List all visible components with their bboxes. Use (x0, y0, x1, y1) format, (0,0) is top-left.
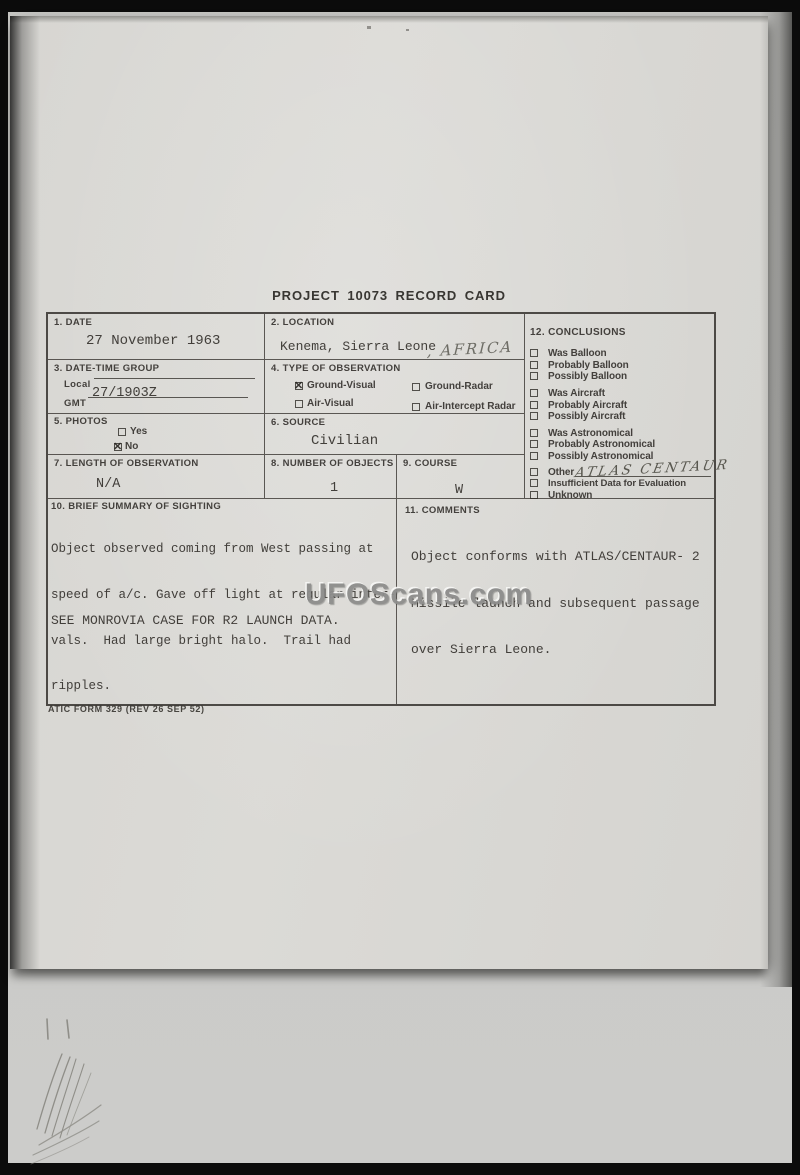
field-label: 12. CONCLUSIONS (530, 327, 626, 338)
option-yes: Yes (130, 426, 147, 437)
pencil-scribbles (23, 1007, 133, 1172)
field-type-of-observation: 4. TYPE OF OBSERVATION Ground-Visual Gro… (265, 360, 525, 414)
checkbox-air-intercept-radar-icon (412, 403, 420, 411)
field-label: 9. COURSE (403, 458, 457, 469)
handwritten-africa: , AFRICA (427, 338, 514, 361)
checkbox-icon (530, 440, 538, 448)
field-value: Civilian (311, 433, 378, 449)
conclusion-option: Was Balloon (525, 348, 714, 360)
checkbox-icon (530, 389, 538, 397)
local-blank-line (94, 378, 255, 379)
checkbox-icon (530, 401, 538, 409)
field-label: 11. COMMENTS (405, 505, 480, 516)
paper-speck (406, 29, 409, 31)
field-value: N/A (96, 477, 120, 492)
page-title: PROJECT 10073 RECORD CARD (10, 288, 768, 303)
record-card-table: 1. DATE 27 November 1963 2. LOCATION Ken… (46, 312, 716, 706)
checkbox-ground-radar-icon (412, 383, 420, 391)
field-date-time-group: 3. DATE-TIME GROUP Local GMT 27/1903Z (48, 360, 265, 414)
field-label: 8. NUMBER OF OBJECTS (271, 458, 394, 469)
gmt-value: 27/1903Z (92, 386, 157, 401)
conclusion-option: Was Aircraft (525, 388, 714, 400)
field-value: Kenema, Sierra Leone (280, 339, 436, 354)
conclusion-option-other: Other ATLAS CENTAUR (525, 467, 714, 479)
summary-note: SEE MONROVIA CASE FOR R2 LAUNCH DATA. (51, 613, 340, 628)
checkbox-icon (530, 468, 538, 476)
checkbox-icon (530, 372, 538, 380)
field-label: 4. TYPE OF OBSERVATION (271, 363, 401, 374)
field-label: 7. LENGTH OF OBSERVATION (54, 458, 199, 469)
conclusion-option: Possibly Aircraft (525, 411, 714, 423)
field-label: 10. BRIEF SUMMARY OF SIGHTING (51, 501, 221, 512)
field-label: 5. PHOTOS (54, 416, 108, 427)
watermark: UFOScans.com (305, 578, 533, 612)
field-course: 9. COURSE W (397, 455, 525, 499)
field-length-of-observation: 7. LENGTH OF OBSERVATION N/A (48, 455, 265, 499)
checkbox-icon (530, 361, 538, 369)
field-value: W (455, 483, 463, 498)
checkbox-icon (530, 452, 538, 460)
field-value: 1 (330, 481, 338, 496)
field-conclusions: 12. CONCLUSIONS Was Balloon Probably Bal… (525, 314, 714, 499)
checkbox-yes-icon (118, 428, 126, 436)
field-label: 6. SOURCE (271, 417, 325, 428)
field-source: 6. SOURCE Civilian (265, 414, 525, 455)
option-ground-visual: Ground-Visual (307, 380, 376, 391)
field-number-of-objects: 8. NUMBER OF OBJECTS 1 (265, 455, 397, 499)
option-air-intercept-radar: Air-Intercept Radar (425, 401, 516, 412)
conclusion-option: Possibly Balloon (525, 371, 714, 383)
conclusion-option: Probably Aircraft (525, 400, 714, 412)
checkbox-air-visual-icon (295, 400, 303, 408)
checkbox-ground-visual-icon (295, 382, 303, 390)
form-number: ATIC FORM 329 (REV 26 SEP 52) (48, 704, 205, 714)
field-value: 27 November 1963 (86, 333, 220, 349)
scanned-document-photo: PROJECT 10073 RECORD CARD 1. DATE 27 Nov… (0, 0, 800, 1175)
checkbox-icon (530, 349, 538, 357)
option-no: No (125, 441, 138, 452)
conclusion-option: Insufficient Data for Evaluation (525, 478, 714, 490)
field-date: 1. DATE 27 November 1963 (48, 314, 265, 360)
page-edge-shadow (760, 12, 792, 987)
conclusion-option: Unknown (525, 490, 714, 502)
gmt-label: GMT (64, 398, 86, 409)
conclusion-option: Was Astronomical (525, 428, 714, 440)
option-ground-radar: Ground-Radar (425, 381, 493, 392)
record-card-page: PROJECT 10073 RECORD CARD 1. DATE 27 Nov… (10, 16, 768, 969)
checkbox-icon (530, 429, 538, 437)
checkbox-icon (530, 491, 538, 499)
field-label: 1. DATE (54, 317, 92, 328)
field-label: 2. LOCATION (271, 317, 334, 328)
field-location: 2. LOCATION Kenema, Sierra Leone , AFRIC… (265, 314, 525, 360)
local-label: Local (64, 379, 91, 390)
checkbox-no-icon (114, 443, 122, 451)
checkbox-icon (530, 479, 538, 487)
paper-speck (367, 26, 371, 29)
option-air-visual: Air-Visual (307, 398, 354, 409)
checkbox-icon (530, 412, 538, 420)
conclusion-option: Probably Astronomical (525, 439, 714, 451)
field-photos: 5. PHOTOS Yes No (48, 414, 265, 455)
conclusion-option: Probably Balloon (525, 360, 714, 372)
field-label: 3. DATE-TIME GROUP (54, 363, 159, 374)
